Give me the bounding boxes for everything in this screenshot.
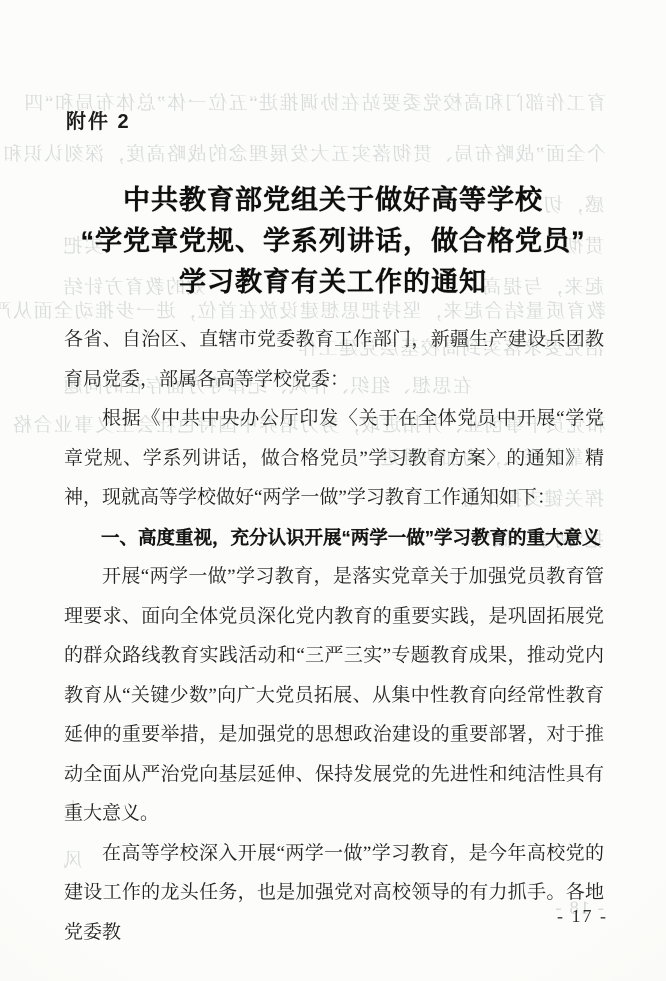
document-title-line-2: “学党章党规、学系列讲话，做合格党员” — [28, 221, 638, 262]
section-heading: 一、高度重视，充分认识开展“两学一做”学习教育的重大意义 — [64, 518, 604, 558]
salutation-paragraph: 各省、自治区、直辖市党委教育工作部门，新疆生产建设兵团教育局党委，部属各高等学校… — [64, 320, 604, 399]
document-title-line-1: 中共教育部党组关于做好高等学校 — [28, 180, 638, 221]
body-paragraph: 在高等学校深入开展“两学一做”学习教育，是今年高校党的建设工作的龙头任务，也是加… — [64, 834, 604, 953]
body-paragraph: 开展“两学一做”学习教育，是落实党章关于加强党员教育管理要求、面向全体党员深化党… — [64, 557, 604, 834]
bleedthrough-line: 个全面”战略布局、贯彻落实五大发展理念的战略高度，深刻认识和 — [2, 139, 606, 166]
document-title: 中共教育部党组关于做好高等学校 “学党章党规、学系列讲话，做合格党员” 学习教育… — [28, 180, 638, 303]
page-number: - 17 - — [557, 906, 608, 927]
document-title-line-3: 学习教育有关工作的通知 — [28, 262, 638, 303]
document-body: 各省、自治区、直辖市党委教育工作部门，新疆生产建设兵团教育局党委，部属各高等学校… — [64, 320, 604, 952]
scanned-document-page: 育工作部门和高校党委要站在协调推进“五位一体”总体布局和“四个全面”战略布局、贯… — [0, 0, 666, 981]
attachment-label: 附件 2 — [66, 108, 131, 136]
intro-paragraph: 根据《中共中央办公厅印发〈关于在全体党员中开展“学党章党规、学系列讲话，做合格党… — [64, 399, 604, 518]
